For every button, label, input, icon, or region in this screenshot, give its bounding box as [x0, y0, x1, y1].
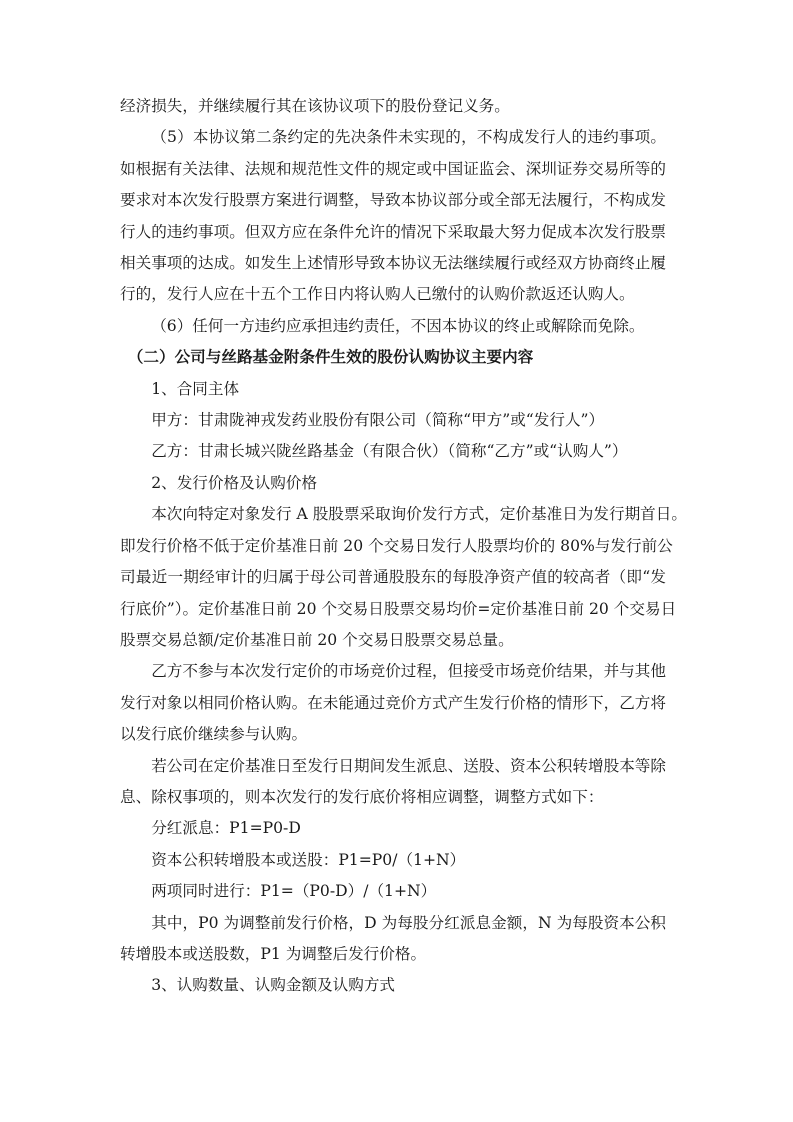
paragraph-continuation: 经济损失，并继续履行其在该协议项下的股份登记义务。 [120, 91, 666, 122]
formula-bonus-shares: 资本公积转增股本或送股：P1=P0/（1+N） [120, 845, 666, 876]
text-line: （5）本协议第二条约定的先决条件未实现的，不构成发行人的违约事项。 [120, 122, 666, 153]
paragraph-bidding: 乙方不参与本次发行定价的市场竞价过程，但接受市场竞价结果，并与其他 发行对象以相… [120, 656, 666, 750]
text-line: 息、除权事项的，则本次发行的发行底价将相应调整，调整方式如下： [120, 782, 666, 813]
text-line: 其中，P0 为调整前发行价格，D 为每股分红派息金额，N 为每股资本公积 [120, 908, 666, 939]
text-line: 发行对象以相同价格认购。在未能通过竞价方式产生发行价格的情形下，乙方将 [120, 688, 666, 719]
text-line: 若公司在定价基准日至发行日期间发生派息、送股、资本公积转增股本等除 [120, 751, 666, 782]
text-line: （6）任何一方违约应承担违约责任，不因本协议的终止或解除而免除。 [120, 311, 666, 342]
paragraph-clause-6: （6）任何一方违约应承担违约责任，不因本协议的终止或解除而免除。 [120, 311, 666, 342]
text-line: 以发行底价继续参与认购。 [120, 719, 666, 750]
text-line: 股票交易总额/定价基准日前 20 个交易日股票交易总量。 [120, 625, 666, 656]
text-line: 即发行价格不低于定价基准日前 20 个交易日发行人股票均价的 80%与发行前公 [120, 531, 666, 562]
text-line: 要求对本次发行股票方案进行调整，导致本协议部分或全部无法履行，不构成发 [120, 185, 666, 216]
text-line: 转增股本或送股数，P1 为调整后发行价格。 [120, 939, 666, 970]
text-line: 乙方不参与本次发行定价的市场竞价过程，但接受市场竞价结果，并与其他 [120, 656, 666, 687]
party-b: 乙方：甘肃长城兴陇丝路基金（有限合伙）（简称“乙方”或“认购人”） [120, 436, 666, 467]
paragraph-clause-5: （5）本协议第二条约定的先决条件未实现的，不构成发行人的违约事项。 如根据有关法… [120, 122, 666, 310]
paragraph-adjustment: 若公司在定价基准日至发行日期间发生派息、送股、资本公积转增股本等除 息、除权事项… [120, 751, 666, 814]
text-line: 如根据有关法律、法规和规范性文件的规定或中国证监会、深圳证券交易所等的 [120, 154, 666, 185]
section-heading: （二）公司与丝路基金附条件生效的股份认购协议主要内容 [120, 342, 666, 373]
subsection-title-pricing: 2、发行价格及认购价格 [120, 468, 666, 499]
subsection-title-contract-parties: 1、合同主体 [120, 374, 666, 405]
paragraph-formula-definitions: 其中，P0 为调整前发行价格，D 为每股分红派息金额，N 为每股资本公积 转增股… [120, 908, 666, 971]
formula-dividend: 分红派息：P1=P0-D [120, 813, 666, 844]
text-line: 相关事项的达成。如发生上述情形导致本协议无法继续履行或经双方协商终止履 [120, 248, 666, 279]
document-page: 经济损失，并继续履行其在该协议项下的股份登记义务。 （5）本协议第二条约定的先决… [120, 91, 666, 1002]
paragraph-pricing: 本次向特定对象发行 A 股股票采取询价发行方式，定价基准日为发行期首日。 即发行… [120, 499, 666, 656]
formula-combined: 两项同时进行：P1=（P0-D）/（1+N） [120, 876, 666, 907]
text-line: 本次向特定对象发行 A 股股票采取询价发行方式，定价基准日为发行期首日。 [120, 499, 666, 530]
party-a: 甲方：甘肃陇神戎发药业股份有限公司（简称“甲方”或“发行人”） [120, 405, 666, 436]
subsection-title-subscription: 3、认购数量、认购金额及认购方式 [120, 970, 666, 1001]
text-line: 行的，发行人应在十五个工作日内将认购人已缴付的认购价款返还认购人。 [120, 279, 666, 310]
text-line: 经济损失，并继续履行其在该协议项下的股份登记义务。 [120, 91, 666, 122]
text-line: 行人的违约事项。但双方应在条件允许的情况下采取最大努力促成本次发行股票 [120, 217, 666, 248]
text-line: 行底价”）。定价基准日前 20 个交易日股票交易均价=定价基准日前 20 个交易… [120, 594, 666, 625]
text-line: 司最近一期经审计的归属于母公司普通股股东的每股净资产值的较高者（即“发 [120, 562, 666, 593]
